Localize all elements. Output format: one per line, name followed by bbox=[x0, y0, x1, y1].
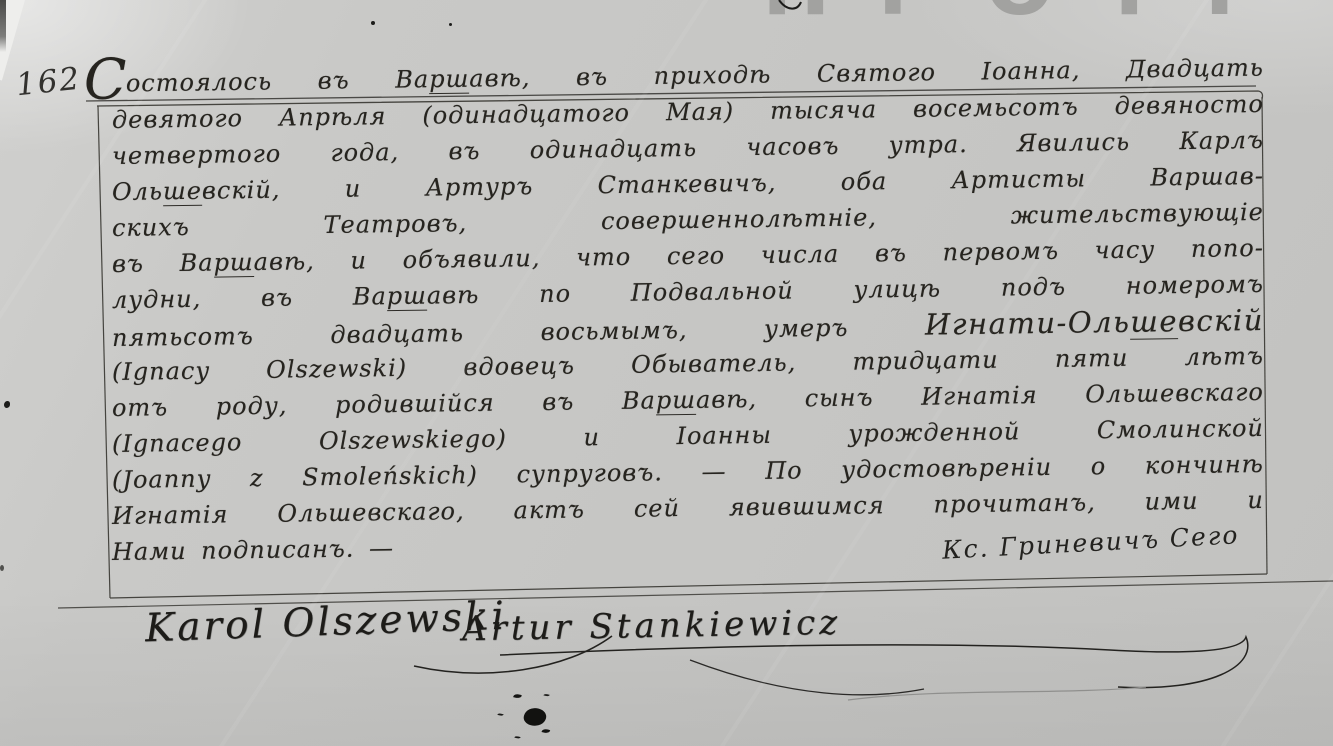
ink-speck bbox=[449, 23, 452, 26]
handwritten-text-segment: Оль bbox=[112, 177, 163, 206]
handwritten-text-segment: ше bbox=[1130, 304, 1178, 340]
handwritten-text-segment: въ Ва bbox=[112, 249, 214, 278]
handwritten-text-segment: рш bbox=[387, 282, 428, 312]
handwritten-text-segment: отъ роду, родившійся въ Ва bbox=[112, 386, 656, 422]
handwritten-text-segment: авѣ, сынъ Игнатія Ольшевскаго bbox=[696, 378, 1264, 414]
handwritten-text-segment: рш bbox=[429, 65, 470, 95]
ink-speck bbox=[371, 21, 375, 25]
handwritten-text-segment: вскій bbox=[1178, 303, 1264, 338]
handwritten-text-segment: остоялось въ Ва bbox=[126, 65, 430, 97]
handwritten-text-segment: Нами подписанъ. — bbox=[112, 534, 394, 566]
scanned-document-page: ПРОТІ 162 Состоялось въ Варшавѣ, въ прих… bbox=[0, 0, 1333, 746]
handwritten-text-segment: авѣ, въ приходѣ Святого Іоанна, Двадцать bbox=[469, 54, 1264, 93]
handwritten-text-segment: ше bbox=[163, 177, 202, 207]
handwritten-text-segment: лудни, въ Ва bbox=[112, 282, 387, 314]
scan-edge-shadow bbox=[0, 0, 6, 52]
signature-artur-stankiewicz: Artur Stankiewicz bbox=[462, 603, 842, 650]
handwritten-text-segment: Игнати-Оль bbox=[925, 305, 1131, 342]
ink-speck bbox=[0, 565, 4, 571]
handwritten-text-segment: рш bbox=[213, 248, 254, 278]
handwritten-text-segment: рш bbox=[656, 386, 697, 416]
